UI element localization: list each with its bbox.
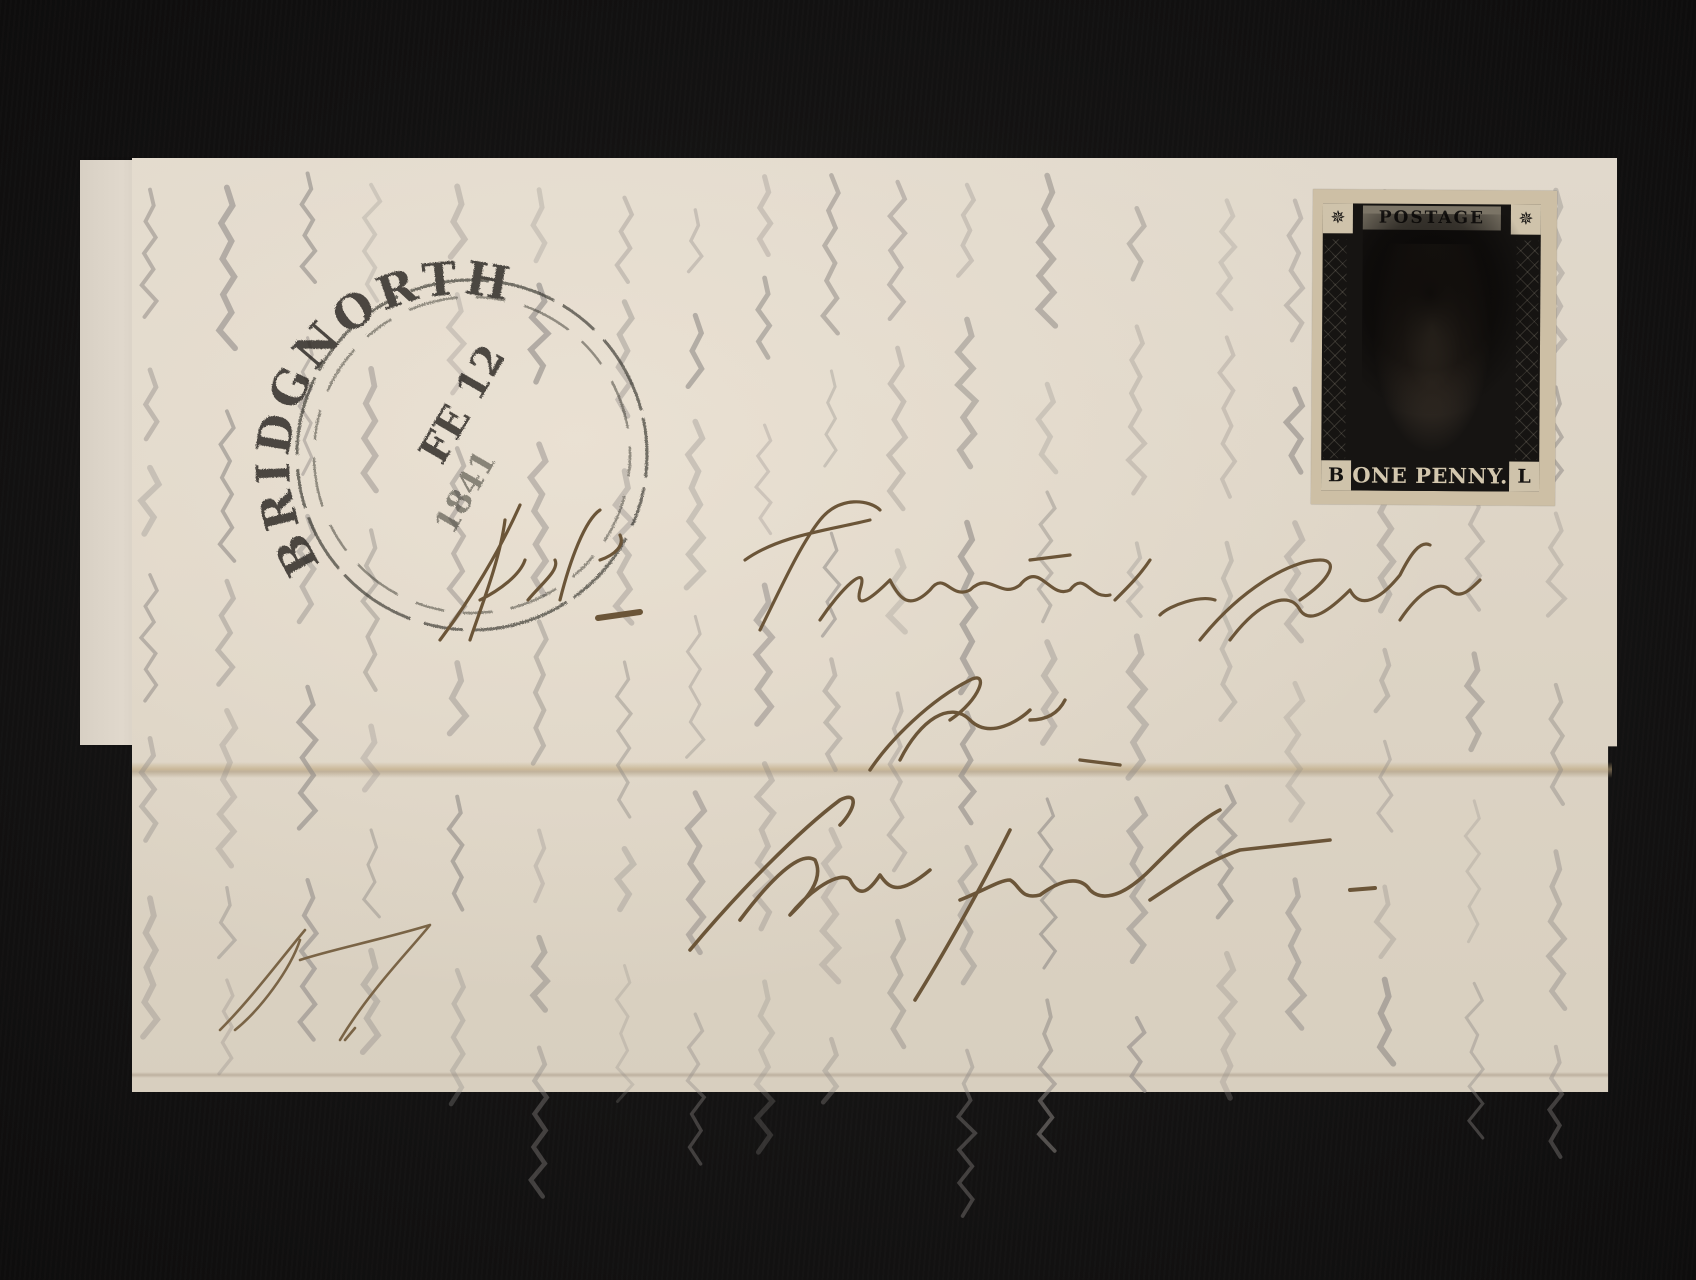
penny-black-stamp: ✵ ✵ POSTAGE B ONE PENNY. L [1311,189,1557,506]
maltese-cross-cancellation [1362,214,1533,415]
stamp-design: ✵ ✵ POSTAGE B ONE PENNY. L [1321,203,1541,492]
stamp-corner-letter-right: L [1509,462,1539,492]
stamp-corner-letter-left: B [1321,460,1351,490]
stamp-value-label: ONE PENNY. [1351,460,1509,491]
stamp-left-border [1323,239,1347,458]
stamp-value-tablet: B ONE PENNY. L [1321,460,1539,492]
star-icon: ✵ [1323,203,1353,233]
photo-scene: BRIDGNORTH FE 12 1841 [0,0,1696,1280]
